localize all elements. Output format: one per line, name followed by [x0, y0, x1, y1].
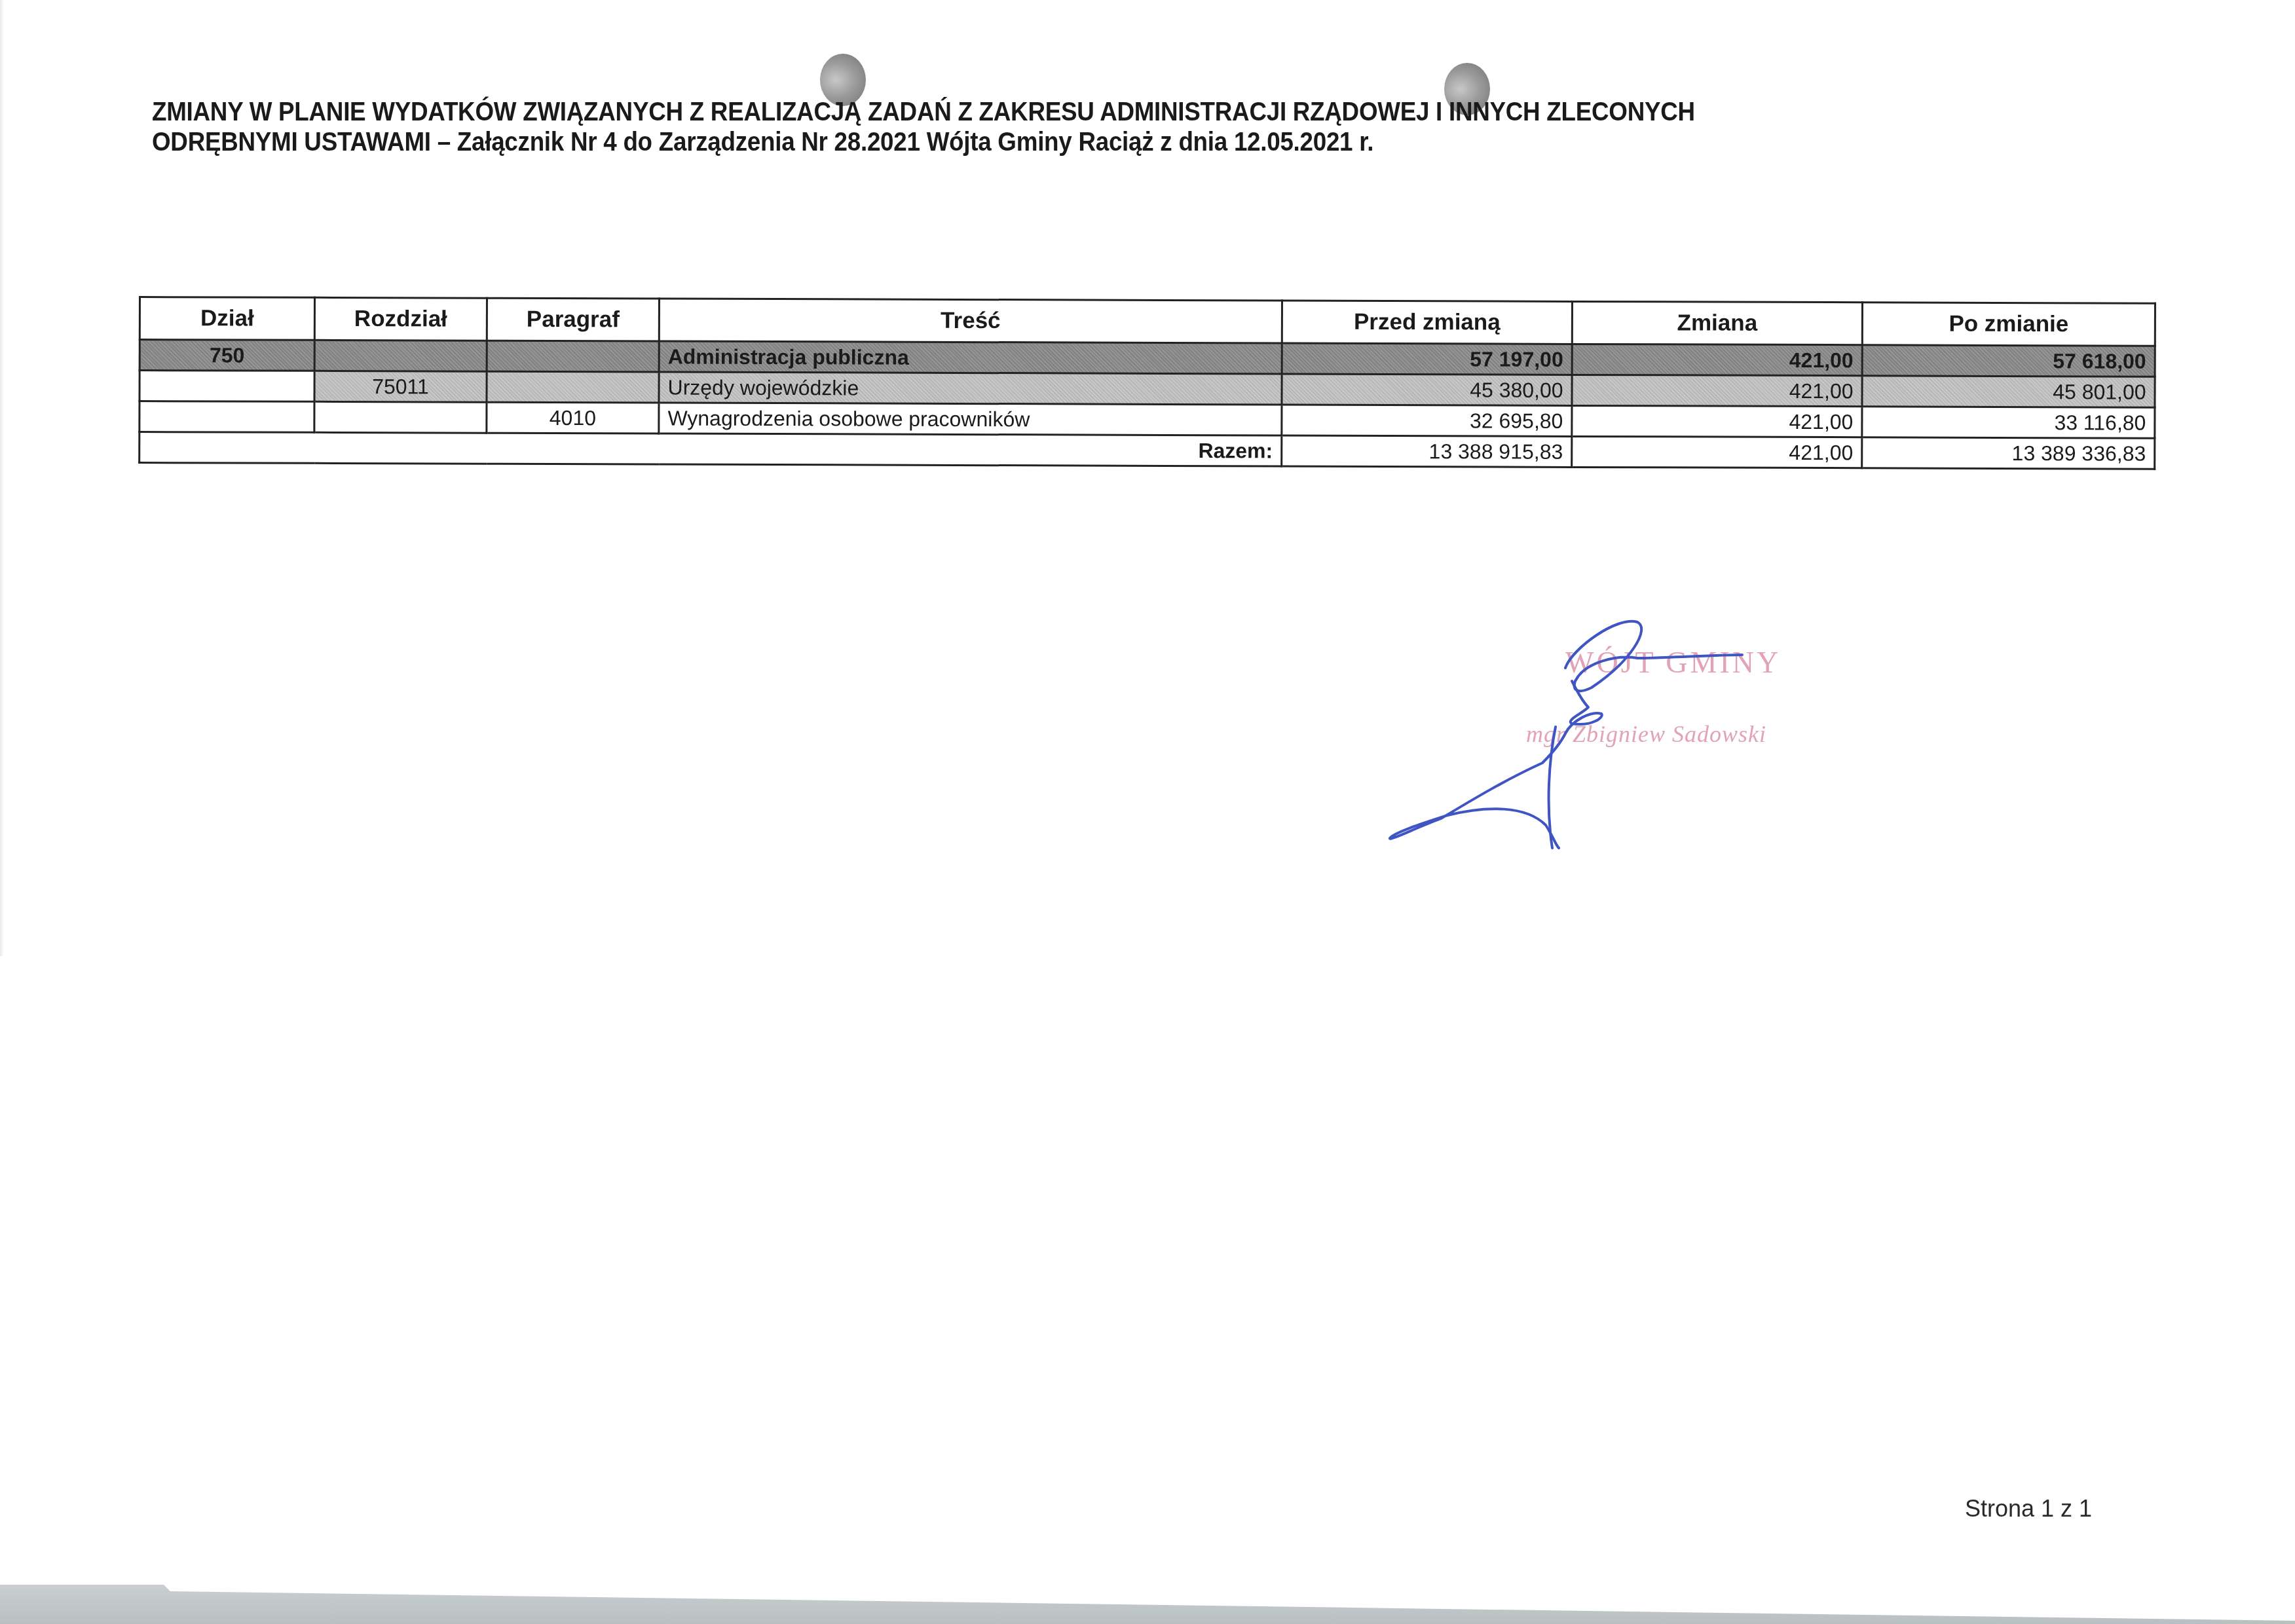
budget-changes-table: Dział Rozdział Paragraf Treść Przed zmia… — [138, 296, 2156, 470]
page-number: Strona 1 z 1 — [1965, 1495, 2092, 1522]
cell-dzial — [140, 401, 314, 433]
cell-tresc: Wynagrodzenia osobowe pracowników — [659, 403, 1282, 435]
document-title: ZMIANY W PLANIE WYDATKÓW ZWIĄZANYCH Z RE… — [152, 97, 1839, 157]
total-zmiana: 421,00 — [1572, 436, 1862, 468]
header-rozdzial: Rozdział — [314, 297, 487, 341]
cell-przed-zmiana: 57 197,00 — [1282, 343, 1572, 375]
cell-rozdzial — [314, 340, 487, 371]
title-line-2: ODRĘBNYMI USTAWAMI – Załącznik Nr 4 do Z… — [152, 127, 1839, 157]
cell-tresc: Urzędy wojewódzkie — [659, 372, 1282, 405]
scan-edge-bottom — [0, 1585, 2295, 1624]
header-przed-zmiana: Przed zmianą — [1282, 301, 1572, 344]
cell-tresc: Administracja publiczna — [659, 341, 1282, 374]
handwritten-signature — [1375, 589, 1899, 864]
cell-paragraf: 4010 — [487, 402, 659, 434]
cell-zmiana: 421,00 — [1572, 375, 1862, 406]
total-przed-zmiana: 13 388 915,83 — [1282, 435, 1572, 467]
header-tresc: Treść — [659, 299, 1282, 343]
table-header-row: Dział Rozdział Paragraf Treść Przed zmia… — [140, 297, 2155, 346]
scan-edge-left — [0, 0, 4, 956]
cell-zmiana: 421,00 — [1572, 405, 1862, 437]
total-po-zmianie: 13 389 336,83 — [1862, 437, 2155, 469]
header-paragraf: Paragraf — [487, 298, 659, 341]
cell-po-zmianie: 57 618,00 — [1862, 345, 2155, 377]
table-row-total: Razem: 13 388 915,83 421,00 13 389 336,8… — [140, 432, 2155, 470]
cell-rozdzial — [314, 401, 487, 433]
cell-paragraf — [487, 341, 659, 372]
cell-dzial: 750 — [140, 340, 314, 371]
header-zmiana: Zmiana — [1572, 301, 1862, 344]
cell-paragraf — [487, 371, 659, 403]
cell-przed-zmiana: 32 695,80 — [1282, 405, 1572, 436]
total-label: Razem: — [140, 432, 1282, 466]
title-line-1: ZMIANY W PLANIE WYDATKÓW ZWIĄZANYCH Z RE… — [152, 97, 1839, 127]
cell-zmiana: 421,00 — [1572, 344, 1862, 375]
cell-dzial — [140, 371, 314, 402]
cell-rozdzial: 75011 — [314, 371, 487, 402]
cell-przed-zmiana: 45 380,00 — [1282, 374, 1572, 405]
header-po-zmianie: Po zmianie — [1862, 303, 2155, 346]
header-dzial: Dział — [140, 297, 314, 341]
cell-po-zmianie: 33 116,80 — [1862, 407, 2155, 438]
cell-po-zmianie: 45 801,00 — [1862, 376, 2155, 407]
